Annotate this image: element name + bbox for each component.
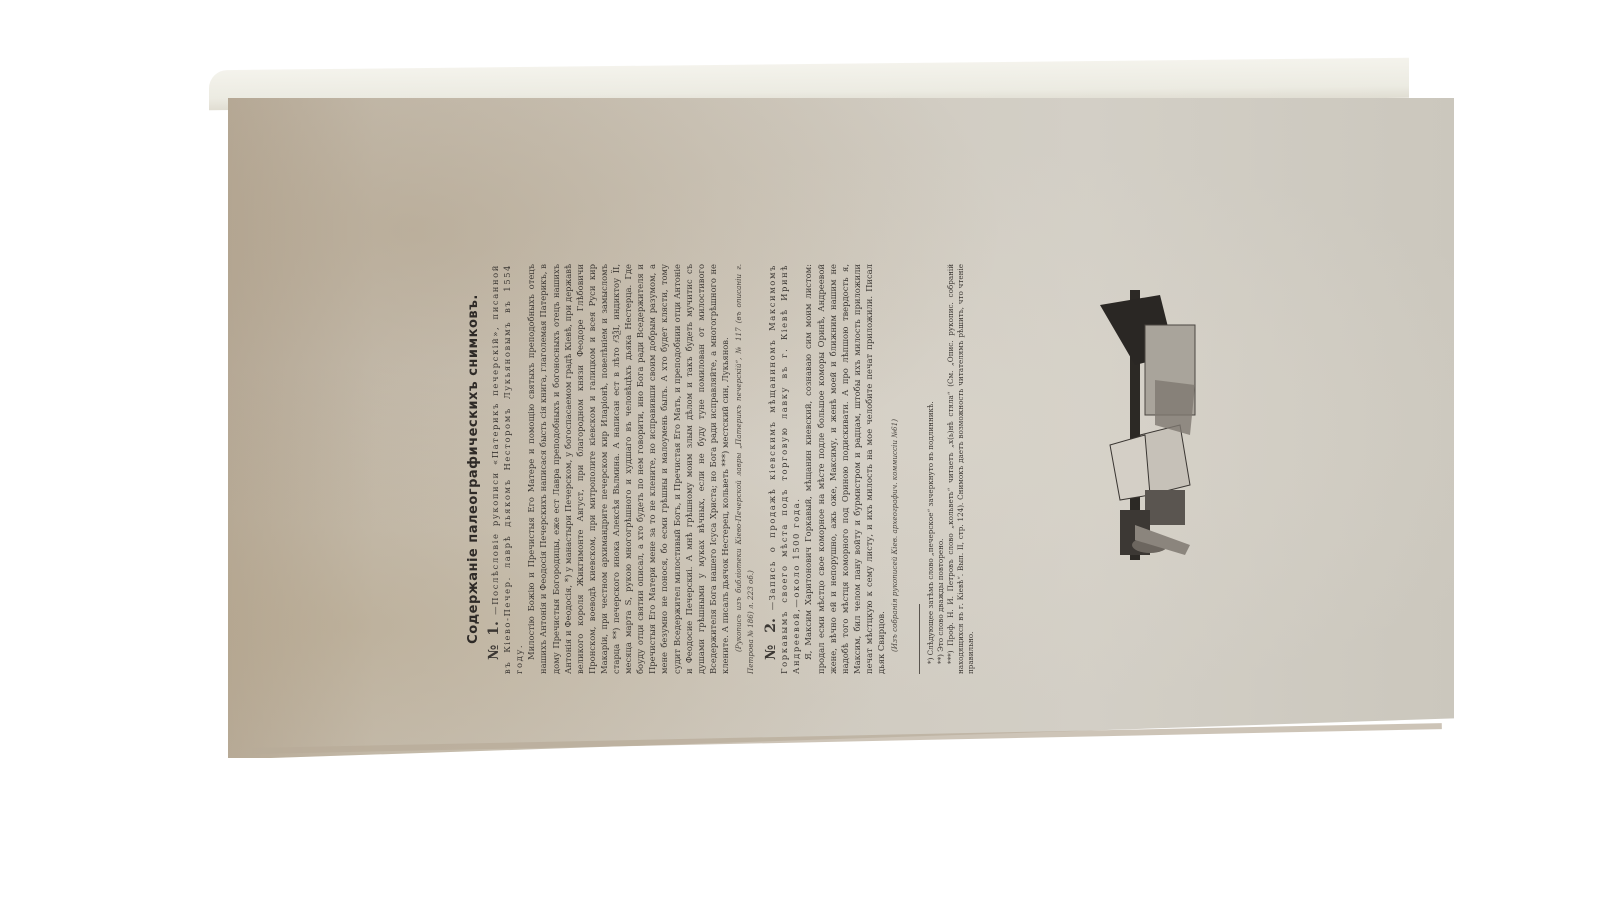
book-still-life-illustration bbox=[1050, 285, 1200, 575]
document-text: Содержаніе палеографическихъ снимковъ. №… bbox=[462, 264, 1052, 674]
entry-source: (Рукопись изъ библіотеки Кіево-Печерской… bbox=[733, 264, 757, 674]
page-text-region: Содержаніе палеографическихъ снимковъ. №… bbox=[462, 264, 1052, 674]
entry-heading: —Послѣсловіе рукописи «Патерикъ печерскі… bbox=[490, 264, 524, 674]
footnote: **) Это слово дважды повторено. bbox=[936, 264, 946, 674]
entry-2: № 2. —Запись о продажѣ кіевскимъ мѣщанин… bbox=[765, 264, 901, 674]
entry-number: № 2. bbox=[763, 618, 779, 660]
entry-heading: —Запись о продажѣ кіевскимъ мѣщаниномъ М… bbox=[767, 264, 801, 674]
entry-1: № 1. —Послѣсловіе рукописи «Патерикъ печ… bbox=[488, 264, 757, 674]
footnote: ***) Проф. Н. И. Петровъ слово „кольветь… bbox=[946, 264, 976, 674]
entry-body: Милостію Божію и Пречистыя Его Матере и … bbox=[525, 264, 731, 674]
entry-number: № 1. bbox=[486, 621, 502, 660]
entry-body: Я, Максим Харитонович Горкавый, мѣщанин … bbox=[802, 264, 887, 674]
entry-source: (Изъ собранія рукописей Кіев. археографи… bbox=[889, 264, 901, 674]
footnote: *) Слѣдующее затѣмъ слово „печерское“ за… bbox=[926, 264, 936, 674]
page-title: Содержаніе палеографическихъ снимковъ. bbox=[468, 264, 480, 674]
footnote-divider bbox=[919, 604, 920, 674]
